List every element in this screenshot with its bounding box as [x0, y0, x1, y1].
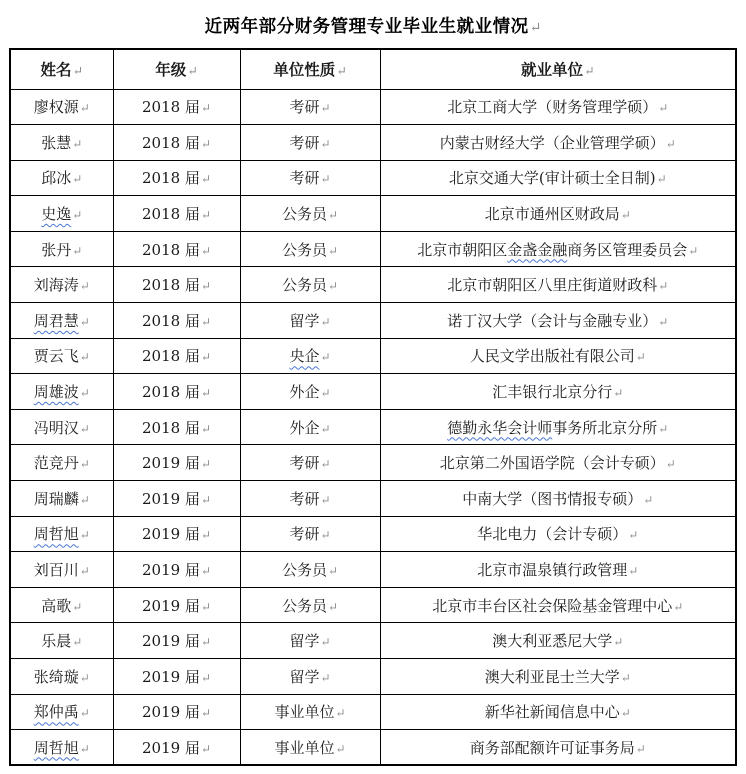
cell-name: 邱冰↵ — [10, 160, 113, 196]
paragraph-mark-icon: ↵ — [621, 208, 631, 222]
paragraph-mark-icon: ↵ — [201, 137, 211, 151]
cell-employer: 德勤永华会计师事务所北京分所↵ — [380, 409, 736, 445]
cell-grade: 2018 届↵ — [113, 160, 240, 196]
cell-unit-type: 公务员↵ — [240, 196, 380, 232]
cell-unit-type: 外企↵ — [240, 409, 380, 445]
paragraph-mark-icon: ↵ — [201, 101, 211, 115]
cell-name: 周雄波↵ — [10, 374, 113, 410]
cell-unit-type: 考研↵ — [240, 516, 380, 552]
paragraph-mark-icon: ↵ — [320, 386, 330, 400]
cell-employer: 北京市朝阳区八里庄街道财政科↵ — [380, 267, 736, 303]
cell-unit-type: 外企↵ — [240, 374, 380, 410]
cell-unit-type: 考研↵ — [240, 125, 380, 161]
paragraph-mark-icon: ↵ — [201, 422, 211, 436]
cell-name: 张丹↵ — [10, 231, 113, 267]
cell-employer: 澳大利亚悉尼大学↵ — [380, 623, 736, 659]
cell-grade: 2019 届↵ — [113, 552, 240, 588]
paragraph-mark-icon: ↵ — [613, 386, 623, 400]
employment-table: 姓名↵ 年级↵ 单位性质↵ 就业单位↵ 廖权源↵2018 届↵考研↵北京工商大学… — [9, 48, 737, 766]
cell-unit-type: 事业单位↵ — [240, 730, 380, 766]
cell-employer: 人民文学出版社有限公司↵ — [380, 338, 736, 374]
paragraph-mark-icon: ↵ — [201, 528, 211, 542]
spellcheck-squiggle: 周哲旭 — [34, 739, 79, 757]
paragraph-mark-icon: ↵ — [201, 671, 211, 685]
spellcheck-squiggle: 周君慧 — [34, 312, 79, 330]
cell-employer: 商务部配额许可证事务局↵ — [380, 730, 736, 766]
cell-grade: 2018 届↵ — [113, 196, 240, 232]
paragraph-mark-icon: ↵ — [328, 600, 338, 614]
paragraph-mark-icon: ↵ — [613, 635, 623, 649]
paragraph-mark-icon: ↵ — [80, 315, 90, 329]
cell-grade: 2018 届↵ — [113, 303, 240, 339]
cell-name: 周哲旭↵ — [10, 730, 113, 766]
cell-grade: 2018 届↵ — [113, 125, 240, 161]
cell-employer: 北京市通州区财政局↵ — [380, 196, 736, 232]
paragraph-mark-icon: ↵ — [320, 528, 330, 542]
paragraph-mark-icon: ↵ — [73, 63, 83, 78]
paragraph-mark-icon: ↵ — [328, 244, 338, 258]
paragraph-mark-icon: ↵ — [621, 706, 631, 720]
paragraph-mark-icon: ↵ — [658, 279, 668, 293]
paragraph-mark-icon: ↵ — [201, 244, 211, 258]
cell-unit-type: 留学↵ — [240, 623, 380, 659]
paragraph-mark-icon: ↵ — [320, 315, 330, 329]
cell-unit-type: 留学↵ — [240, 303, 380, 339]
cell-unit-type: 央企↵ — [240, 338, 380, 374]
cell-grade: 2018 届↵ — [113, 267, 240, 303]
cell-unit-type: 公务员↵ — [240, 587, 380, 623]
table-row: 郑仲禹↵2019 届↵事业单位↵新华社新闻信息中心↵ — [10, 694, 736, 730]
paragraph-mark-icon: ↵ — [72, 137, 82, 151]
paragraph-mark-icon: ↵ — [201, 350, 211, 364]
paragraph-mark-icon: ↵ — [201, 172, 211, 186]
paragraph-mark-icon: ↵ — [72, 600, 82, 614]
paragraph-mark-icon: ↵ — [320, 350, 330, 364]
cell-employer: 北京市温泉镇行政管理↵ — [380, 552, 736, 588]
cell-name: 高歌↵ — [10, 587, 113, 623]
cell-grade: 2019 届↵ — [113, 659, 240, 695]
paragraph-mark-icon: ↵ — [328, 279, 338, 293]
table-row: 史逸↵2018 届↵公务员↵北京市通州区财政局↵ — [10, 196, 736, 232]
cell-name: 周哲旭↵ — [10, 516, 113, 552]
cell-unit-type: 公务员↵ — [240, 231, 380, 267]
paragraph-mark-icon: ↵ — [80, 101, 90, 115]
paragraph-mark-icon: ↵ — [657, 172, 667, 186]
paragraph-mark-icon: ↵ — [658, 422, 668, 436]
cell-name: 廖权源↵ — [10, 89, 113, 125]
cell-name: 周瑞麟↵ — [10, 481, 113, 517]
paragraph-mark-icon: ↵ — [658, 315, 668, 329]
cell-employer: 中南大学（图书情报专硕）↵ — [380, 481, 736, 517]
cell-name: 乐晨↵ — [10, 623, 113, 659]
cell-name: 冯明汉↵ — [10, 409, 113, 445]
table-row: 周哲旭↵2019 届↵事业单位↵商务部配额许可证事务局↵ — [10, 730, 736, 766]
paragraph-mark-icon: ↵ — [336, 63, 346, 78]
paragraph-mark-icon: ↵ — [201, 315, 211, 329]
paragraph-mark-icon: ↵ — [72, 208, 82, 222]
table-row: 范竞丹↵2019 届↵考研↵北京第二外国语学院（会计专硕）↵ — [10, 445, 736, 481]
cell-name: 张慧↵ — [10, 125, 113, 161]
cell-grade: 2018 届↵ — [113, 409, 240, 445]
spellcheck-squiggle: 周哲旭 — [34, 525, 79, 543]
cell-name: 史逸↵ — [10, 196, 113, 232]
cell-unit-type: 考研↵ — [240, 89, 380, 125]
paragraph-mark-icon: ↵ — [201, 386, 211, 400]
document-title-text: 近两年部分财务管理专业毕业生就业情况 — [205, 17, 529, 37]
cell-grade: 2019 届↵ — [113, 481, 240, 517]
paragraph-mark-icon: ↵ — [72, 244, 82, 258]
paragraph-mark-icon: ↵ — [201, 600, 211, 614]
column-header-name: 姓名↵ — [10, 49, 113, 89]
paragraph-mark-icon: ↵ — [80, 457, 90, 471]
document-title: 近两年部分财务管理专业毕业生就业情况↵ — [0, 0, 746, 48]
cell-employer: 内蒙古财经大学（企业管理学硕）↵ — [380, 125, 736, 161]
paragraph-mark-icon: ↵ — [201, 635, 211, 649]
paragraph-mark-icon: ↵ — [658, 101, 668, 115]
cell-grade: 2019 届↵ — [113, 587, 240, 623]
paragraph-mark-icon: ↵ — [643, 493, 653, 507]
paragraph-mark-icon: ↵ — [80, 742, 90, 756]
paragraph-mark-icon: ↵ — [80, 386, 90, 400]
paragraph-mark-icon: ↵ — [72, 172, 82, 186]
table-row: 张丹↵2018 届↵公务员↵北京市朝阳区金盏金融商务区管理委员会↵ — [10, 231, 736, 267]
column-header-grade: 年级↵ — [113, 49, 240, 89]
cell-unit-type: 公务员↵ — [240, 267, 380, 303]
paragraph-mark-icon: ↵ — [80, 528, 90, 542]
cell-grade: 2019 届↵ — [113, 445, 240, 481]
table-row: 邱冰↵2018 届↵考研↵北京交通大学(审计硕士全日制)↵ — [10, 160, 736, 196]
table-row: 周雄波↵2018 届↵外企↵汇丰银行北京分行↵ — [10, 374, 736, 410]
cell-grade: 2019 届↵ — [113, 623, 240, 659]
paragraph-mark-icon: ↵ — [328, 564, 338, 578]
paragraph-mark-icon: ↵ — [201, 564, 211, 578]
paragraph-mark-icon: ↵ — [320, 101, 330, 115]
paragraph-mark-icon: ↵ — [201, 208, 211, 222]
table-row: 周瑞麟↵2019 届↵考研↵中南大学（图书情报专硕）↵ — [10, 481, 736, 517]
paragraph-mark-icon: ↵ — [201, 457, 211, 471]
paragraph-mark-icon: ↵ — [80, 350, 90, 364]
paragraph-mark-icon: ↵ — [320, 635, 330, 649]
paragraph-mark-icon: ↵ — [335, 706, 345, 720]
paragraph-mark-icon: ↵ — [201, 493, 211, 507]
paragraph-mark-icon: ↵ — [80, 493, 90, 507]
spellcheck-squiggle: 德勤永华会计师 — [447, 419, 552, 437]
cell-name: 周君慧↵ — [10, 303, 113, 339]
spellcheck-squiggle: 周雄波 — [34, 383, 79, 401]
cell-grade: 2019 届↵ — [113, 730, 240, 766]
cell-unit-type: 留学↵ — [240, 659, 380, 695]
cell-employer: 北京第二外国语学院（会计专硕）↵ — [380, 445, 736, 481]
paragraph-mark-icon: ↵ — [201, 279, 211, 293]
cell-employer: 诺丁汉大学（会计与金融专业）↵ — [380, 303, 736, 339]
paragraph-mark-icon: ↵ — [320, 137, 330, 151]
table-row: 张慧↵2018 届↵考研↵内蒙古财经大学（企业管理学硕）↵ — [10, 125, 736, 161]
cell-employer: 北京市丰台区社会保险基金管理中心↵ — [380, 587, 736, 623]
table-header-row: 姓名↵ 年级↵ 单位性质↵ 就业单位↵ — [10, 49, 736, 89]
table-row: 刘海涛↵2018 届↵公务员↵北京市朝阳区八里庄街道财政科↵ — [10, 267, 736, 303]
paragraph-mark-icon: ↵ — [80, 564, 90, 578]
paragraph-mark-icon: ↵ — [688, 244, 698, 258]
table-row: 张绮璇↵2019 届↵留学↵澳大利亚昆士兰大学↵ — [10, 659, 736, 695]
cell-employer: 华北电力（会计专硕）↵ — [380, 516, 736, 552]
paragraph-mark-icon: ↵ — [328, 208, 338, 222]
cell-grade: 2019 届↵ — [113, 694, 240, 730]
paragraph-mark-icon: ↵ — [320, 422, 330, 436]
cell-employer: 澳大利亚昆士兰大学↵ — [380, 659, 736, 695]
spellcheck-squiggle: 史逸 — [41, 205, 71, 223]
table-row: 贾云飞↵2018 届↵央企↵人民文学出版社有限公司↵ — [10, 338, 736, 374]
cell-grade: 2018 届↵ — [113, 89, 240, 125]
paragraph-mark-icon: ↵ — [187, 63, 197, 78]
paragraph-mark-icon: ↵ — [636, 742, 646, 756]
paragraph-mark-icon: ↵ — [80, 422, 90, 436]
cell-name: 刘海涛↵ — [10, 267, 113, 303]
table-row: 刘百川↵2019 届↵公务员↵北京市温泉镇行政管理↵ — [10, 552, 736, 588]
document-page: 近两年部分财务管理专业毕业生就业情况↵ 姓名↵ 年级↵ 单位性质↵ 就业单位↵ — [0, 0, 746, 774]
table-body: 廖权源↵2018 届↵考研↵北京工商大学（财务管理学硕）↵张慧↵2018 届↵考… — [10, 89, 736, 765]
column-header-employer: 就业单位↵ — [380, 49, 736, 89]
paragraph-mark-icon: ↵ — [628, 528, 638, 542]
table-row: 乐晨↵2019 届↵留学↵澳大利亚悉尼大学↵ — [10, 623, 736, 659]
cell-name: 刘百川↵ — [10, 552, 113, 588]
paragraph-mark-icon: ↵ — [201, 742, 211, 756]
cell-grade: 2018 届↵ — [113, 338, 240, 374]
paragraph-mark-icon: ↵ — [673, 600, 683, 614]
cell-employer: 汇丰银行北京分行↵ — [380, 374, 736, 410]
paragraph-mark-icon: ↵ — [335, 742, 345, 756]
paragraph-mark-icon: ↵ — [530, 20, 542, 36]
column-header-unit-type: 单位性质↵ — [240, 49, 380, 89]
table-row: 高歌↵2019 届↵公务员↵北京市丰台区社会保险基金管理中心↵ — [10, 587, 736, 623]
cell-employer: 北京市朝阳区金盏金融商务区管理委员会↵ — [380, 231, 736, 267]
paragraph-mark-icon: ↵ — [636, 350, 646, 364]
paragraph-mark-icon: ↵ — [72, 635, 82, 649]
cell-name: 张绮璇↵ — [10, 659, 113, 695]
cell-employer: 北京交通大学(审计硕士全日制)↵ — [380, 160, 736, 196]
cell-unit-type: 公务员↵ — [240, 552, 380, 588]
cell-name: 范竞丹↵ — [10, 445, 113, 481]
table-row: 冯明汉↵2018 届↵外企↵德勤永华会计师事务所北京分所↵ — [10, 409, 736, 445]
paragraph-mark-icon: ↵ — [666, 137, 676, 151]
paragraph-mark-icon: ↵ — [320, 457, 330, 471]
paragraph-mark-icon: ↵ — [621, 671, 631, 685]
spellcheck-squiggle: 郑仲禹 — [34, 703, 79, 721]
table-row: 廖权源↵2018 届↵考研↵北京工商大学（财务管理学硕）↵ — [10, 89, 736, 125]
cell-grade: 2018 届↵ — [113, 374, 240, 410]
cell-unit-type: 考研↵ — [240, 445, 380, 481]
cell-name: 郑仲禹↵ — [10, 694, 113, 730]
spellcheck-squiggle: 央企 — [289, 347, 319, 365]
paragraph-mark-icon: ↵ — [80, 279, 90, 293]
paragraph-mark-icon: ↵ — [80, 706, 90, 720]
cell-employer: 北京工商大学（财务管理学硕）↵ — [380, 89, 736, 125]
cell-grade: 2019 届↵ — [113, 516, 240, 552]
cell-grade: 2018 届↵ — [113, 231, 240, 267]
paragraph-mark-icon: ↵ — [320, 172, 330, 186]
paragraph-mark-icon: ↵ — [628, 564, 638, 578]
spellcheck-squiggle: 金盏金融 — [507, 241, 567, 259]
cell-name: 贾云飞↵ — [10, 338, 113, 374]
paragraph-mark-icon: ↵ — [320, 671, 330, 685]
paragraph-mark-icon: ↵ — [80, 671, 90, 685]
cell-unit-type: 考研↵ — [240, 481, 380, 517]
paragraph-mark-icon: ↵ — [666, 457, 676, 471]
paragraph-mark-icon: ↵ — [201, 706, 211, 720]
paragraph-mark-icon: ↵ — [320, 493, 330, 507]
cell-unit-type: 考研↵ — [240, 160, 380, 196]
cell-unit-type: 事业单位↵ — [240, 694, 380, 730]
table-row: 周君慧↵2018 届↵留学↵诺丁汉大学（会计与金融专业）↵ — [10, 303, 736, 339]
paragraph-mark-icon: ↵ — [584, 63, 594, 78]
table-row: 周哲旭↵2019 届↵考研↵华北电力（会计专硕）↵ — [10, 516, 736, 552]
cell-employer: 新华社新闻信息中心↵ — [380, 694, 736, 730]
